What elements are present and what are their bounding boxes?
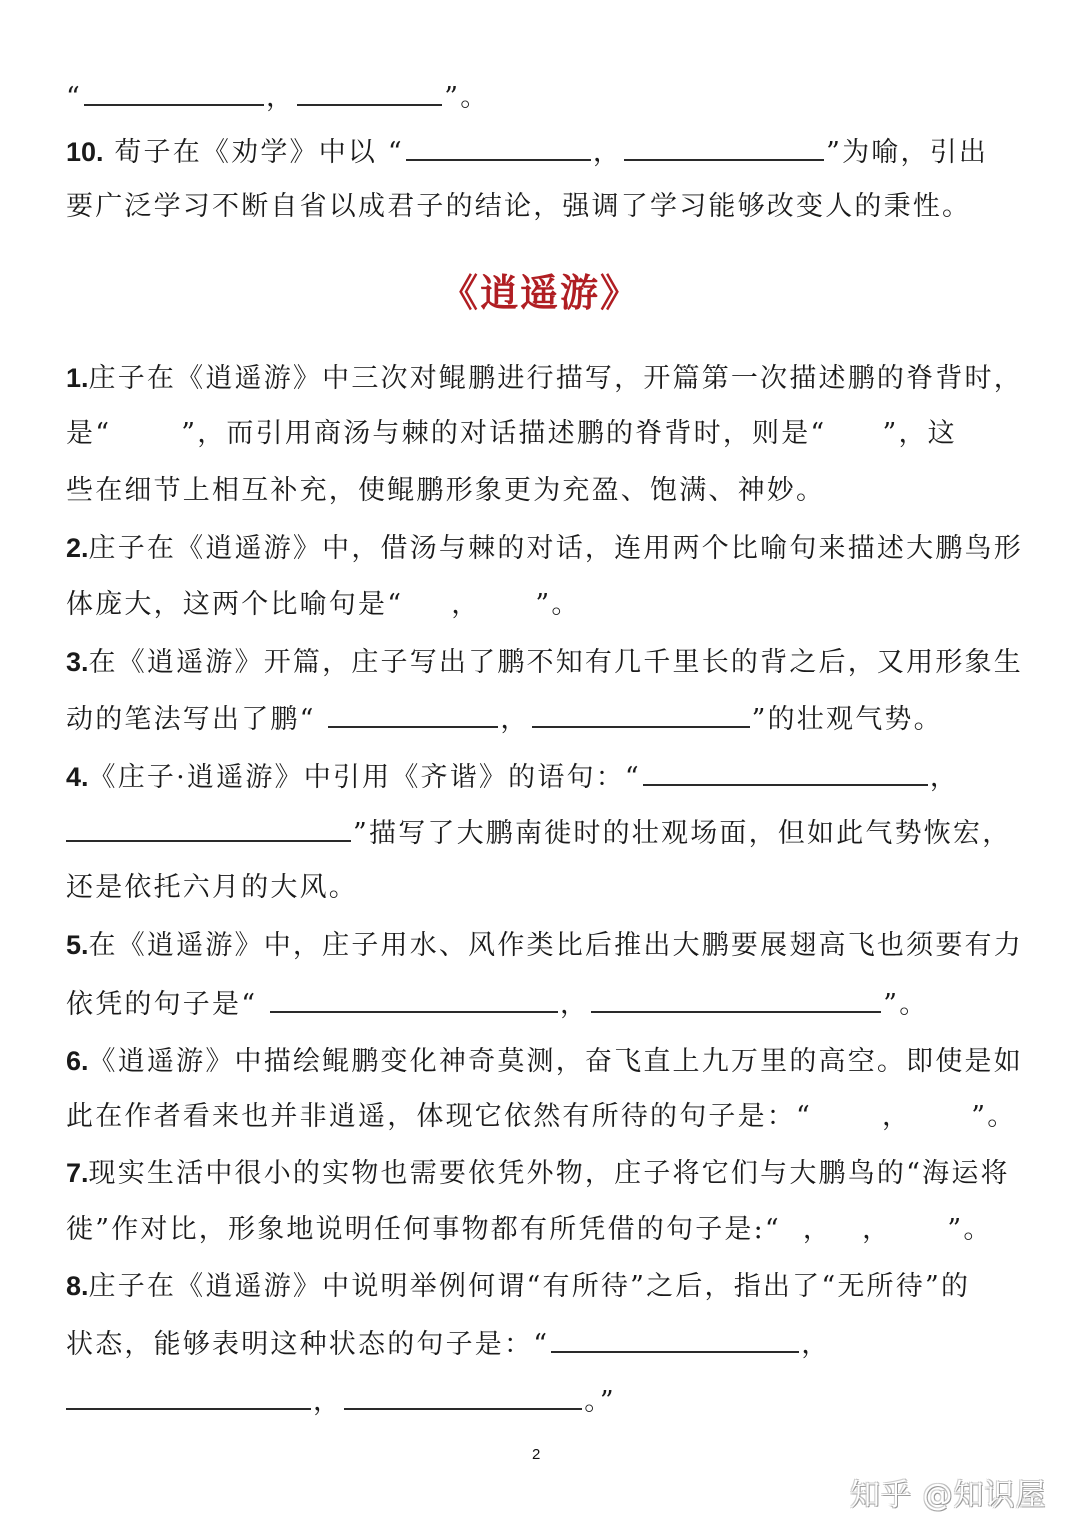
q4-line-3: 还是依托六月的大风。 [66, 868, 1020, 908]
q2-line-2: 体庞大，这两个比喻句是“，”。 [66, 585, 1020, 625]
q3-line-2: 动的笔法写出了鹏“ ，”的壮观气势。 [66, 698, 1020, 740]
q5-line-1: 5.在《逍遥游》中，庄子用水、风作类比后推出大鹏要展翅高飞也须要有力 [66, 925, 1020, 966]
question-number: 7. [66, 1158, 89, 1188]
question-number: 3. [66, 647, 89, 677]
question-number: 2. [66, 533, 89, 563]
q5-line-2: 依凭的句子是“ ，”。 [66, 983, 1020, 1025]
question-number: 8. [66, 1271, 89, 1301]
q6-line-2: 此在作者看来也并非逍遥，体现它依然有所待的句子是：“，”。 [66, 1097, 1020, 1137]
answer-blank[interactable] [643, 756, 928, 786]
answer-blank[interactable] [66, 812, 351, 842]
q8-line-3: ，。” [66, 1380, 1020, 1422]
answer-blank[interactable] [624, 131, 824, 161]
answer-blank[interactable] [328, 698, 498, 728]
answer-blank[interactable] [344, 1380, 582, 1410]
answer-blank[interactable] [406, 131, 591, 161]
q7-line-1: 7.现实生活中很小的实物也需要依凭外物，庄子将它们与大鹏鸟的“海运将 [66, 1153, 1020, 1194]
answer-blank[interactable] [591, 983, 881, 1013]
watermark: 知乎 @知识屋 [850, 1470, 1047, 1514]
q3-line-1: 3.在《逍遥游》开篇，庄子写出了鹏不知有几千里长的背之后，又用形象生 [66, 642, 1020, 683]
question-number: 1. [66, 363, 89, 393]
q10-line-2: 要广泛学习不断自省以成君子的结论，强调了学习能够改变人的秉性。 [66, 187, 1020, 227]
question-number: 10. [66, 137, 104, 167]
q2-line-1: 2.庄子在《逍遥游》中，借汤与棘的对话，连用两个比喻句来描述大鹏鸟形 [66, 528, 1020, 569]
question-number: 6. [66, 1046, 89, 1076]
question-number: 5. [66, 930, 89, 960]
answer-blank[interactable] [84, 76, 264, 106]
q8-line-2: 状态，能够表明这种状态的句子是：“， [66, 1323, 1020, 1365]
section-title: 《逍遥游》 [0, 262, 1080, 317]
answer-blank[interactable] [66, 1380, 311, 1410]
q9-tail-line: “，”。 [66, 76, 1020, 118]
answer-blank[interactable] [532, 698, 750, 728]
answer-blank[interactable] [297, 76, 442, 106]
q6-line-1: 6.《逍遥游》中描绘鲲鹏变化神奇莫测，奋飞直上九万里的高空。即使是如 [66, 1041, 1020, 1082]
answer-blank[interactable] [270, 983, 558, 1013]
q7-line-2: 徙”作对比，形象地说明任何事物都有所凭借的句子是:“，，”。 [66, 1210, 1020, 1250]
q4-line-1: 4.《庄子·逍遥游》中引用《齐谐》的语句：“， [66, 756, 1020, 798]
q4-line-2: ”描写了大鹏南徙时的壮观场面，但如此气势恢宏， [66, 812, 1020, 854]
page-number: 2 [532, 1446, 540, 1463]
q10-line-1: 10. 荀子在《劝学》中以 “，”为喻，引出 [66, 131, 1020, 173]
answer-blank[interactable] [551, 1323, 799, 1353]
q1-line-1: 1.庄子在《逍遥游》中三次对鲲鹏进行描写，开篇第一次描述鹏的脊背时， [66, 358, 1020, 399]
q1-line-3: 些在细节上相互补充，使鲲鹏形象更为充盈、饱满、神妙。 [66, 471, 1020, 511]
q8-line-1: 8.庄子在《逍遥游》中说明举例何谓“有所待”之后，指出了“无所待”的 [66, 1266, 1020, 1307]
question-number: 4. [66, 762, 89, 792]
quote-open: “ [66, 82, 82, 113]
q1-line-2: 是“”，而引用商汤与棘的对话描述鹏的脊背时，则是“”，这 [66, 414, 1020, 454]
